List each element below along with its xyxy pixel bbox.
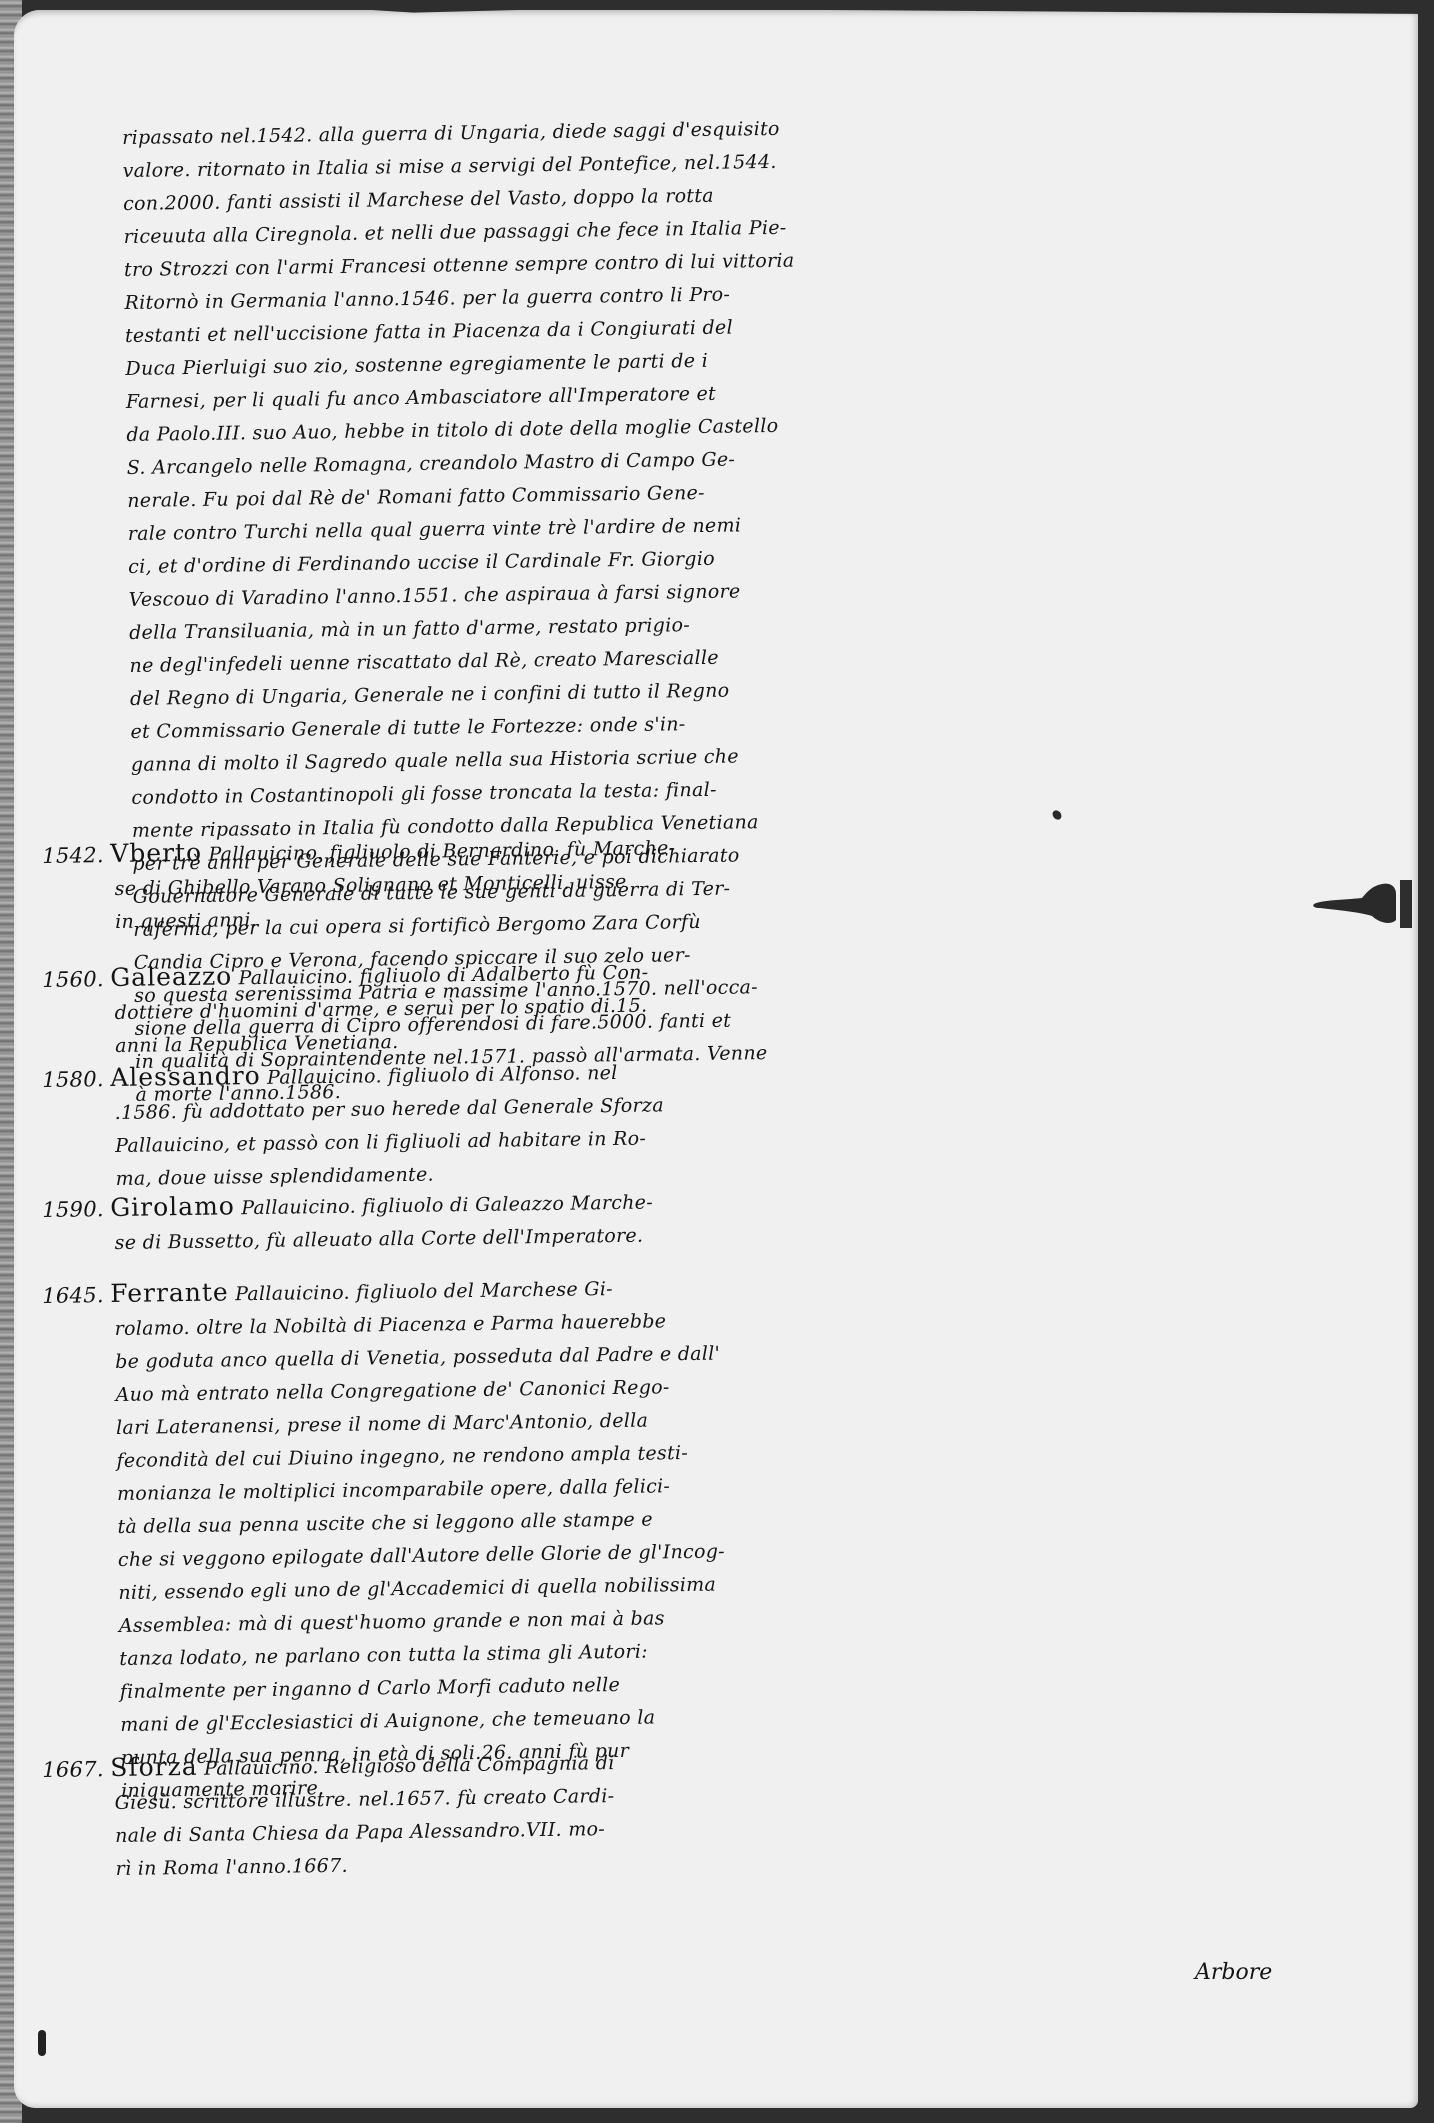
entry-uberto: 1542.Vberto Pallauicino. figliuolo di Be… (42, 829, 703, 940)
entry-year: 1645. (42, 1279, 110, 1313)
entry-first-line: Pallauicino. figliuolo del Marchese Gi- (235, 1278, 613, 1305)
entry-first-line: Pallauicino. figliuolo di Alfonso. nel (267, 1062, 618, 1089)
entry-name: Vberto (110, 838, 202, 868)
entry-year: 1590. (42, 1193, 110, 1227)
entry-name: Girolamo (110, 1191, 235, 1222)
entry-alessandro: 1580.Alessandro Pallauicino. figliuolo d… (42, 1053, 704, 1197)
entry-name: Alessandro (110, 1061, 261, 1092)
entry-year: 1580. (42, 1063, 110, 1097)
entry-first-line: Pallauicino. figliuolo di Galeazzo March… (241, 1191, 653, 1219)
entry-year: 1542. (42, 839, 110, 873)
entry-first-line: Pallauicino. Religioso della Compagnia d… (204, 1752, 615, 1780)
entry-name: Ferrante (110, 1277, 229, 1308)
entry-name: Sforza (110, 1752, 198, 1782)
entry-year: 1560. (42, 963, 110, 997)
edge-mark (38, 2030, 46, 2056)
entry-ferrante: 1645.Ferrante Pallauicino. figliuolo del… (42, 1269, 709, 1809)
entry-sforza: 1667.Sforza Pallauicino. Religioso della… (42, 1743, 704, 1887)
entry-first-line: Pallauicino. figliuolo di Bernardino. fù… (208, 837, 675, 866)
entry-galeazzo: 1560.Galeazzo Pallauicino. figliuolo di … (42, 953, 703, 1064)
catchword: Arbore (1195, 1960, 1272, 1985)
entry-year: 1667. (42, 1753, 110, 1787)
entry-girolamo: 1590.Girolamo Pallauicino. figliuolo di … (42, 1183, 703, 1261)
entry-first-line: Pallauicino. figliuolo di Adalberto fù C… (238, 962, 648, 990)
entry-name: Galeazzo (110, 961, 232, 992)
ink-blot-icon (1312, 880, 1412, 928)
